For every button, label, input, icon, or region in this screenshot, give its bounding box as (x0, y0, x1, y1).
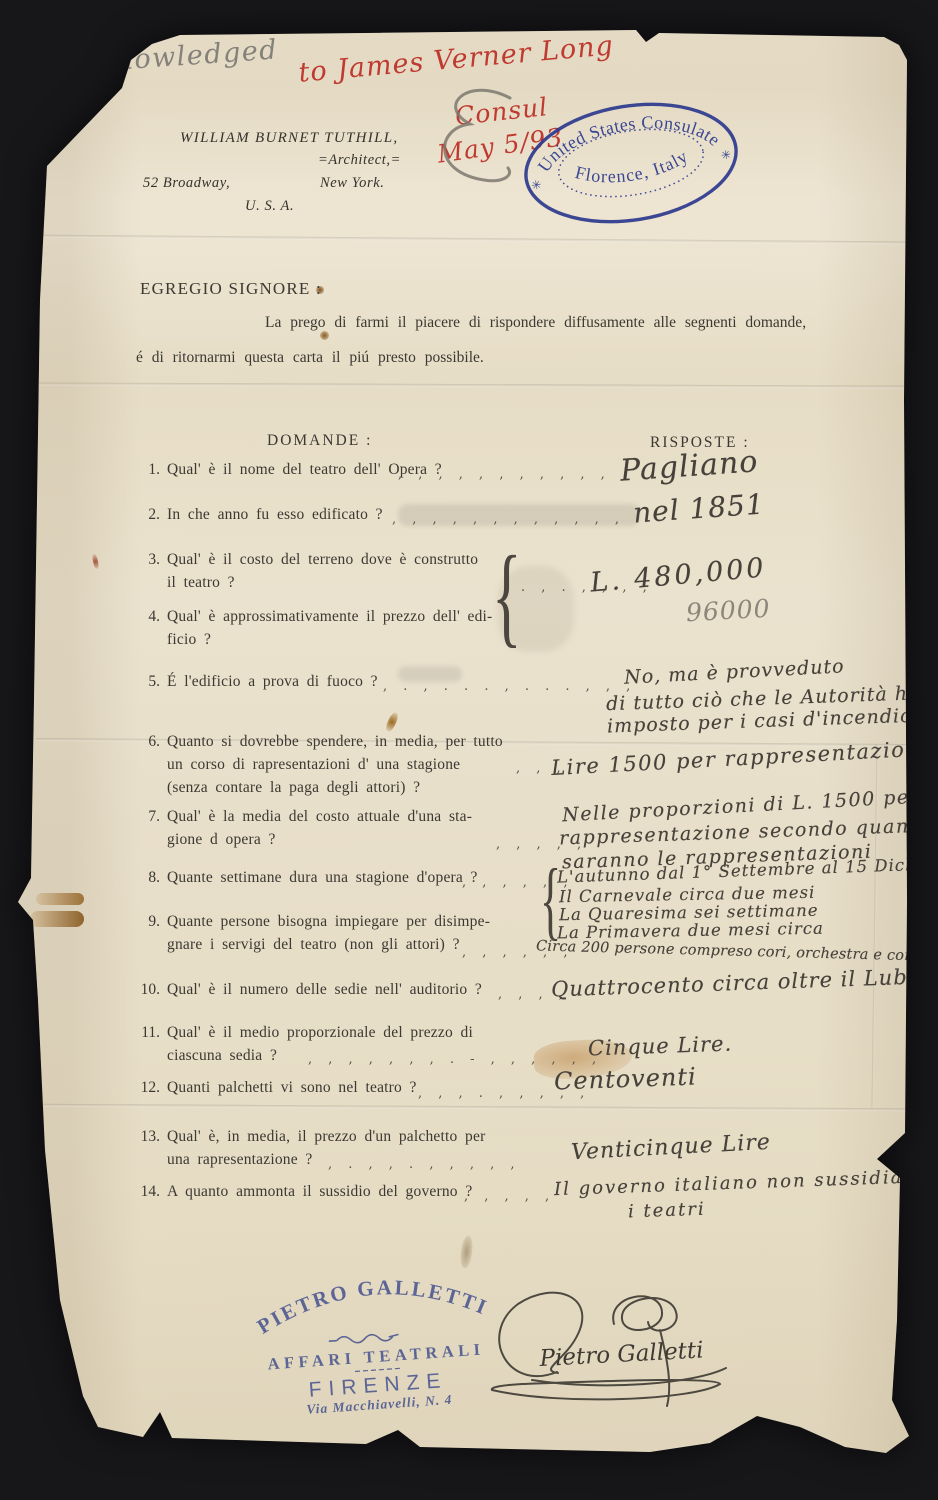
question-7-text-line: gione d opera ? (167, 831, 276, 849)
question-13-text-line: una rapresentazione ? (167, 1151, 312, 1169)
question-2-handwritten-answer: nel 1851 (632, 487, 766, 529)
scanned-document-page: { "annotations": { "pencil_note": "Ackno… (0, 0, 938, 1500)
question-11-handwritten-answer: Cinque Lire. (588, 1031, 733, 1060)
question-9-text-line: gnare i servigi del teatro (non gli atto… (167, 936, 460, 954)
question-10-number: 10. (134, 981, 160, 999)
signature: Pietro Galletti (462, 1272, 762, 1412)
question-13-dotted-leader: , . , , . , , , , , (328, 1157, 521, 1172)
signature-underline (492, 1380, 720, 1399)
question-13-number: 13. (134, 1128, 160, 1146)
question-9-number: 9. (134, 913, 160, 931)
question-8-text-line: Quante settimane dura una stagione d'ope… (167, 869, 478, 887)
question-3-number: 3. (134, 551, 160, 569)
question-5-text-line: É l'edificio a prova di fuoco ? (167, 673, 378, 691)
signature-name: Pietro Galletti (538, 1337, 704, 1372)
column-header-domande: DOMANDE : (267, 432, 372, 450)
question-9-handwritten-answer: Circa 200 persone compreso cori, orchest… (536, 938, 938, 965)
question-5-number: 5. (134, 673, 160, 691)
question-11-text-line: Qual' è il medio proporzionale del prezz… (167, 1024, 473, 1042)
stain (384, 711, 399, 733)
question-4-text-line: Qual' è approssimativamente il prezzo de… (167, 608, 492, 626)
intro-line-1: La prego di farmi il piacere di risponde… (265, 314, 806, 332)
stain (36, 893, 84, 905)
svg-text:PIETRO GALLETTI: PIETRO GALLETTI (250, 1268, 493, 1340)
fold-crease (38, 382, 906, 388)
signature-circles (613, 1296, 677, 1330)
question-13-text-line: Qual' è, in media, il prezzo d'un palche… (167, 1128, 485, 1146)
svg-text:Florence, Italy: Florence, Italy (570, 145, 693, 194)
question-10-text-line: Qual' è il numero delle sedie nell' audi… (167, 981, 482, 999)
question-11-number: 11. (134, 1024, 160, 1042)
letterhead-city: New York. (320, 175, 385, 192)
question-1-number: 1. (134, 461, 160, 479)
question-1-dotted-leader: , , , , , , , , , , , (398, 467, 611, 482)
paper-background: Acknowledged to James Verner Long Consul… (0, 0, 938, 1500)
question-6-text-line: un corso di rapresentazioni d' una stagi… (167, 756, 460, 774)
question-5-dotted-leader: , . , . . . , . . . , , , (383, 679, 636, 694)
agent-stamp-flourish (329, 1333, 399, 1345)
question-7-number: 7. (134, 808, 160, 826)
question-11-dotted-leader: , , , , , , , . - , , , , , , (308, 1052, 602, 1067)
question-5-handwritten-answer: No, ma è provveduto (624, 655, 846, 689)
question-2-dotted-leader: , , , , , , , , , , , , (392, 512, 625, 527)
question-6-handwritten-answer: Lire 1500 per rappresentazione (551, 736, 935, 780)
letterhead-street: 52 Broadway, (143, 175, 230, 192)
stain (91, 554, 99, 570)
question-3-text-line: il teatro ? (167, 574, 235, 592)
question-12-text-line: Quanti palchetti vi sono nel teatro ? (167, 1079, 417, 1097)
question-4-number: 4. (134, 608, 160, 626)
letterhead-role: =Architect,= (318, 152, 401, 169)
fold-crease (36, 1104, 906, 1112)
stamp-arc-bottom-text: Florence, Italy (570, 145, 693, 194)
paper-sheet: Acknowledged to James Verner Long Consul… (0, 0, 938, 1500)
question-2-text-line: In che anno fu esso edificato ? (167, 506, 383, 524)
question-4-handwritten-answer: L. 480,000 (589, 552, 768, 598)
question-14-number: 14. (134, 1183, 160, 1201)
intro-line-2: é di ritornarmi questa carta il piú pres… (136, 349, 484, 367)
letterhead-country: U. S. A. (245, 198, 294, 215)
question-4-handwritten-answer: 96000 (685, 594, 771, 627)
question-13-handwritten-answer: Venticinque Lire (570, 1130, 771, 1165)
agent-stamp-name: PIETRO GALLETTI (250, 1268, 493, 1340)
letterhead-name: WILLIAM BURNET TUTHILL, (180, 130, 398, 147)
question-12-number: 12. (134, 1079, 160, 1097)
question-14-handwritten-answer: i teatri (628, 1199, 706, 1223)
question-4-text-line: ficio ? (167, 631, 211, 649)
question-6-text-line: (senza contare la paga degli attori) ? (167, 779, 420, 797)
question-6-text-line: Quanto si dovrebbe spendere, in media, p… (167, 733, 503, 751)
question-14-dotted-leader: , , , , , (464, 1189, 555, 1204)
stain (320, 331, 329, 340)
stain (30, 911, 84, 927)
stain (459, 1235, 474, 1268)
agent-stamp-line2: AFFARI TEATRALI (267, 1339, 485, 1373)
question-8-handwritten-answer: La Primavera due mesi circa (557, 919, 824, 943)
question-11-text-line: ciascuna sedia ? (167, 1047, 277, 1065)
question-14-handwritten-answer: Il governo italiano non sussidia (554, 1167, 904, 1200)
question-8-number: 8. (134, 869, 160, 887)
question-6-number: 6. (134, 733, 160, 751)
question-10-handwritten-answer: Quattrocento circa oltre il Lubbione. (551, 963, 938, 1002)
question-12-handwritten-answer: Centoventi (554, 1063, 698, 1096)
question-3-text-line: Qual' è il costo del terreno dove è cons… (167, 551, 478, 569)
brace-questions-3-4: { (492, 540, 522, 652)
question-7-text-line: Qual' è la media del costo attuale d'una… (167, 808, 472, 826)
question-14-text-line: A quanto ammonta il sussidio del governo… (167, 1183, 472, 1201)
question-9-text-line: Quante persone bisogna impiegare per dis… (167, 913, 490, 931)
question-2-number: 2. (134, 506, 160, 524)
stamp-star-left: ✳ (530, 177, 542, 192)
stamp-star-right: ✳ (720, 147, 732, 162)
fold-crease (40, 235, 906, 245)
question-1-handwritten-answer: Pagliano (619, 444, 759, 489)
pencil-acknowledged-note: Acknowledged (59, 34, 279, 80)
salutation: EGREGIO SIGNORE : (140, 279, 322, 299)
